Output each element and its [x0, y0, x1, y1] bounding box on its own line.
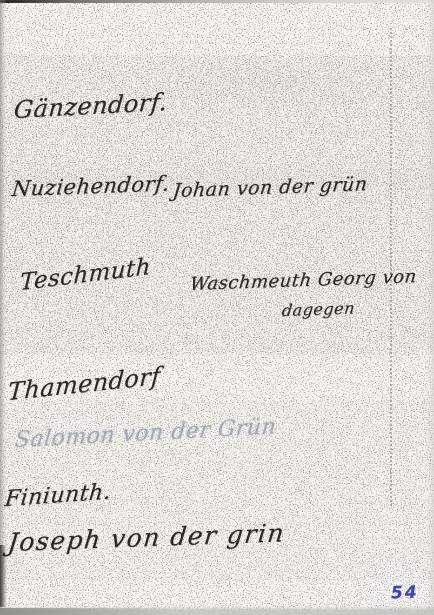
binding-edge-left: [0, 0, 7, 615]
handwritten-entry-line4: Thamendorf: [7, 362, 162, 406]
handwritten-entry-line6: Finiunth.: [4, 479, 113, 512]
scan-edge-bottom-dark: [0, 608, 174, 615]
scan-edge-top: [0, 0, 434, 3]
page-edge-right-shadow: [423, 0, 434, 615]
page-number: 54: [391, 583, 419, 604]
handwritten-entry-line3-left: Teschmuth: [19, 254, 151, 296]
handwritten-entry-line7: Joseph von der grin: [6, 518, 286, 557]
handwritten-entry-line1: Gänzendorf.: [13, 88, 169, 124]
handwritten-entry-line3-right-sub: dagegen: [281, 298, 356, 320]
scanned-document-page: Gänzendorf. Nuziehendorf. Johan von der …: [0, 0, 434, 615]
handwritten-entry-line5-bleedthrough: Salomon von der Grün: [14, 414, 277, 453]
handwritten-entry-line3-right: Waschmeuth Georg von: [189, 266, 418, 295]
